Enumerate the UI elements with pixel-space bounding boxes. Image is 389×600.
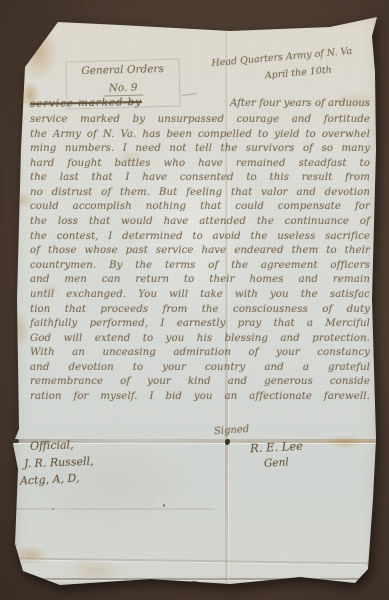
manuscript-line: God will extend to you his blessing and … <box>30 332 370 347</box>
russell-signature: J. R. Russell, <box>24 455 94 470</box>
manuscript-paper: Head Quarters Army of N. Va April the 10… <box>12 12 379 590</box>
fold-crease-faint <box>12 508 214 510</box>
pencil-dash-mark <box>182 93 197 96</box>
order-number: No. 9 <box>103 81 144 96</box>
lee-signature: R. E. Lee <box>250 439 304 456</box>
fold-crease-horizontal-lower <box>8 557 389 564</box>
manuscript-line: service marked by unsurpassed courage an… <box>30 113 370 128</box>
manuscript-body: service marked by unsurpassed courage an… <box>30 113 370 405</box>
manuscript-line: hard fought battles who have remained st… <box>30 157 370 172</box>
fold-crease-bottom-edge <box>12 578 379 580</box>
official-label: Official, <box>30 438 74 453</box>
photo-background: Head Quarters Army of N. Va April the 10… <box>0 0 389 600</box>
ink-speck-blue <box>367 561 371 566</box>
manuscript-line: the last that I have consented to this r… <box>30 171 370 186</box>
manuscript-line: remembrance of your kind and generous co… <box>30 375 370 390</box>
paper-speck <box>163 504 165 507</box>
manuscript-line: countrymen. By the terms of the agreemen… <box>30 259 370 274</box>
manuscript-line: the loss that would have attended the co… <box>30 215 370 230</box>
manuscript-line: of those whose past service have endeare… <box>30 244 370 259</box>
signature-rank: Genl <box>264 456 289 469</box>
manuscript-line: ration for myself. I bid you an affectio… <box>30 390 370 405</box>
manuscript-line: ming numbers. I need not tell the surviv… <box>30 142 370 157</box>
letterhead-dateline: Head Quarters Army of N. Va April the 10… <box>211 41 375 89</box>
stain-spot-bottom <box>189 581 199 586</box>
manuscript-line: tion that proceeds from the consciousnes… <box>30 303 370 318</box>
manuscript-line: and men can return to their homes and re… <box>30 273 370 288</box>
manuscript-line: and devotion to your country and a grate… <box>30 361 370 376</box>
manuscript-line: until exchanged. You will take with you … <box>30 288 370 303</box>
opening-line: service marked by After four years of ar… <box>30 98 370 109</box>
opening-phrase: After four years of arduous <box>230 98 370 109</box>
manuscript-line: could accomplish nothing that could comp… <box>30 200 370 215</box>
edge-tear-notch <box>12 439 19 443</box>
manuscript-line: no distrust of them. But feeling that va… <box>30 186 370 201</box>
attest-title: Actg, A, D, <box>20 471 80 487</box>
manuscript-line: faithfully performed, I earnestly pray t… <box>30 317 370 332</box>
paper-speck <box>52 508 54 510</box>
signed-label: Signed <box>214 424 250 437</box>
manuscript-line: the Army of N. Va. has been compelled to… <box>30 128 370 143</box>
manuscript-line: the contest, I determined to avoid the u… <box>30 230 370 245</box>
manuscript-line: With an unceasing admiration of your con… <box>30 346 370 361</box>
manuscript-paper-shadow: Head Quarters Army of N. Va April the 10… <box>12 12 379 590</box>
ink-blot <box>225 439 230 445</box>
struck-out-text: service marked by <box>30 97 142 110</box>
